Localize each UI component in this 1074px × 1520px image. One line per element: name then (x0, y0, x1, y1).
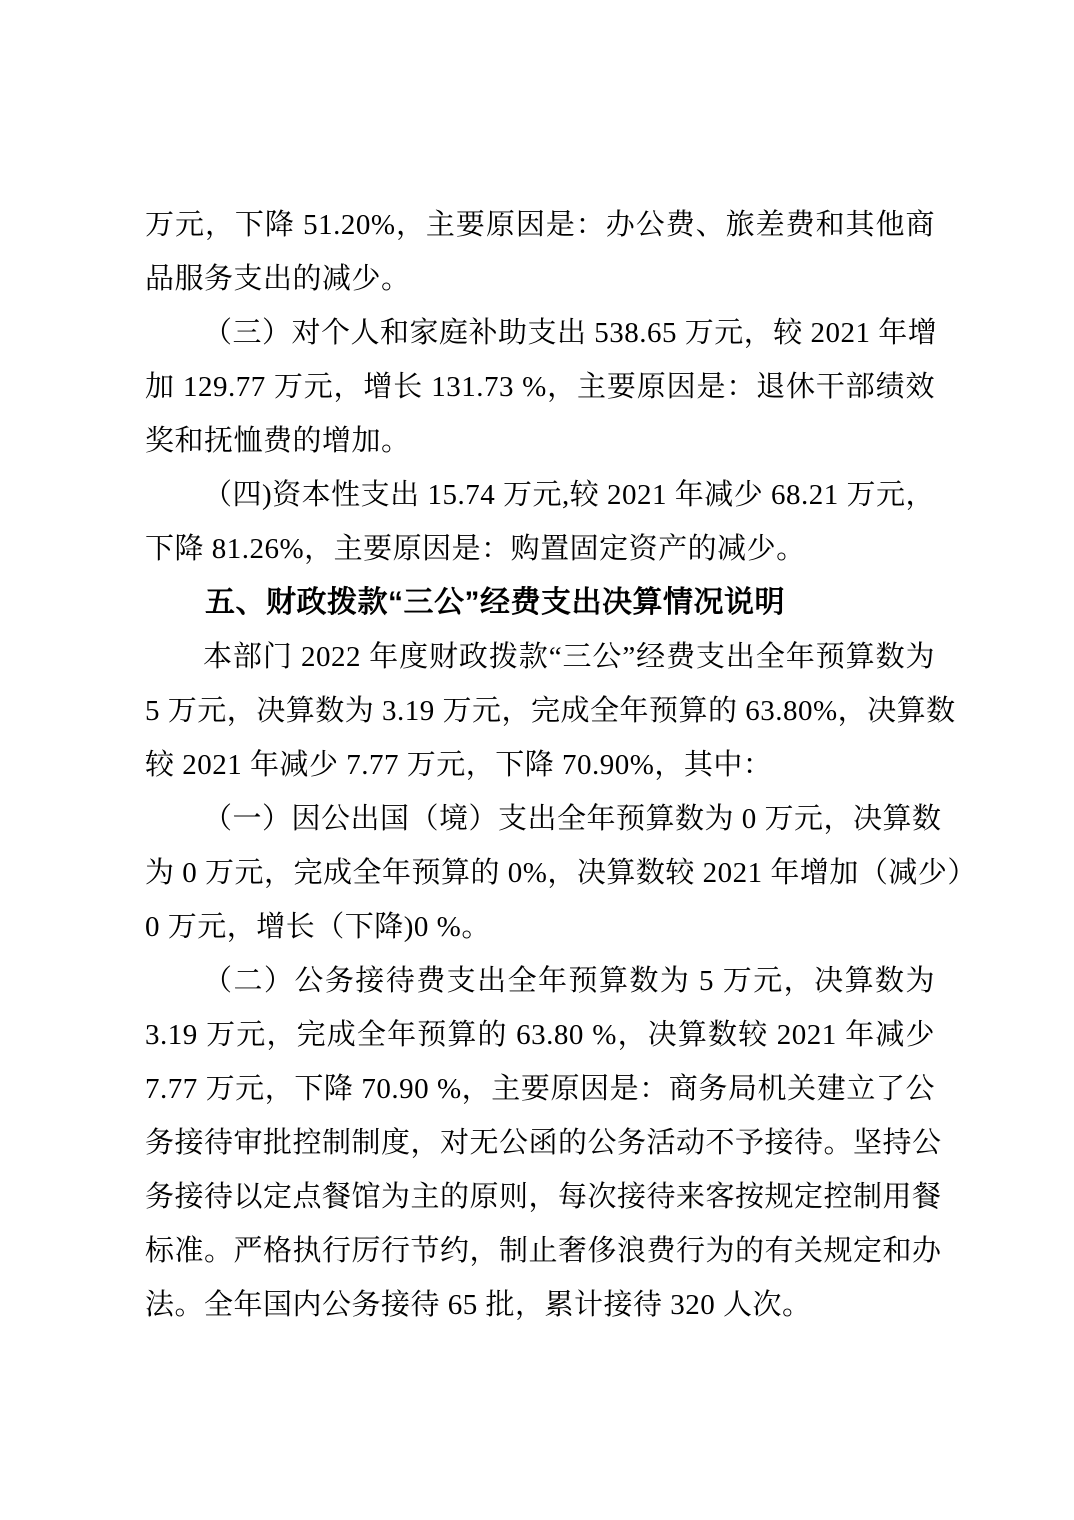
document-text-block: 万元，下降 51.20%，主要原因是：办公费、旅差费和其他商品服务支出的减少。（… (145, 198, 935, 1332)
body-text-line: （三）对个人和家庭补助支出 538.65 万元，较 2021 年增 (145, 306, 935, 360)
body-text-line: 0 万元，增长（下降)0 %。 (145, 900, 935, 954)
document-page: 万元，下降 51.20%，主要原因是：办公费、旅差费和其他商品服务支出的减少。（… (0, 0, 1074, 1520)
body-text-line: 万元，下降 51.20%，主要原因是：办公费、旅差费和其他商 (145, 198, 935, 252)
body-text-line: 奖和抚恤费的增加。 (145, 414, 935, 468)
body-text-line: 品服务支出的减少。 (145, 252, 935, 306)
body-text-line: （四)资本性支出 15.74 万元,较 2021 年减少 68.21 万元， (145, 468, 935, 522)
body-text-line: 法。全年国内公务接待 65 批，累计接待 320 人次。 (145, 1278, 935, 1332)
body-text-line: 较 2021 年减少 7.77 万元，下降 70.90%，其中： (145, 738, 935, 792)
body-text-line: 务接待审批控制制度，对无公函的公务活动不予接待。坚持公 (145, 1116, 935, 1170)
body-text-line: （一）因公出国（境）支出全年预算数为 0 万元，决算数 (145, 792, 935, 846)
body-text-line: 加 129.77 万元，增长 131.73 %，主要原因是：退休干部绩效 (145, 360, 935, 414)
body-text-line: 为 0 万元，完成全年预算的 0%，决算数较 2021 年增加（减少） (145, 846, 935, 900)
body-text-line: 下降 81.26%，主要原因是：购置固定资产的减少。 (145, 522, 935, 576)
body-text-line: 7.77 万元，下降 70.90 %，主要原因是：商务局机关建立了公 (145, 1062, 935, 1116)
section-heading: 五、财政拨款“三公”经费支出决算情况说明 (145, 576, 935, 630)
body-text-line: 标准。严格执行厉行节约，制止奢侈浪费行为的有关规定和办 (145, 1224, 935, 1278)
body-text-line: 3.19 万元，完成全年预算的 63.80 %，决算数较 2021 年减少 (145, 1008, 935, 1062)
body-text-line: （二）公务接待费支出全年预算数为 5 万元，决算数为 (145, 954, 935, 1008)
body-text-line: 5 万元，决算数为 3.19 万元，完成全年预算的 63.80%，决算数 (145, 684, 935, 738)
body-text-line: 本部门 2022 年度财政拨款“三公”经费支出全年预算数为 (145, 630, 935, 684)
body-text-line: 务接待以定点餐馆为主的原则，每次接待来客按规定控制用餐 (145, 1170, 935, 1224)
